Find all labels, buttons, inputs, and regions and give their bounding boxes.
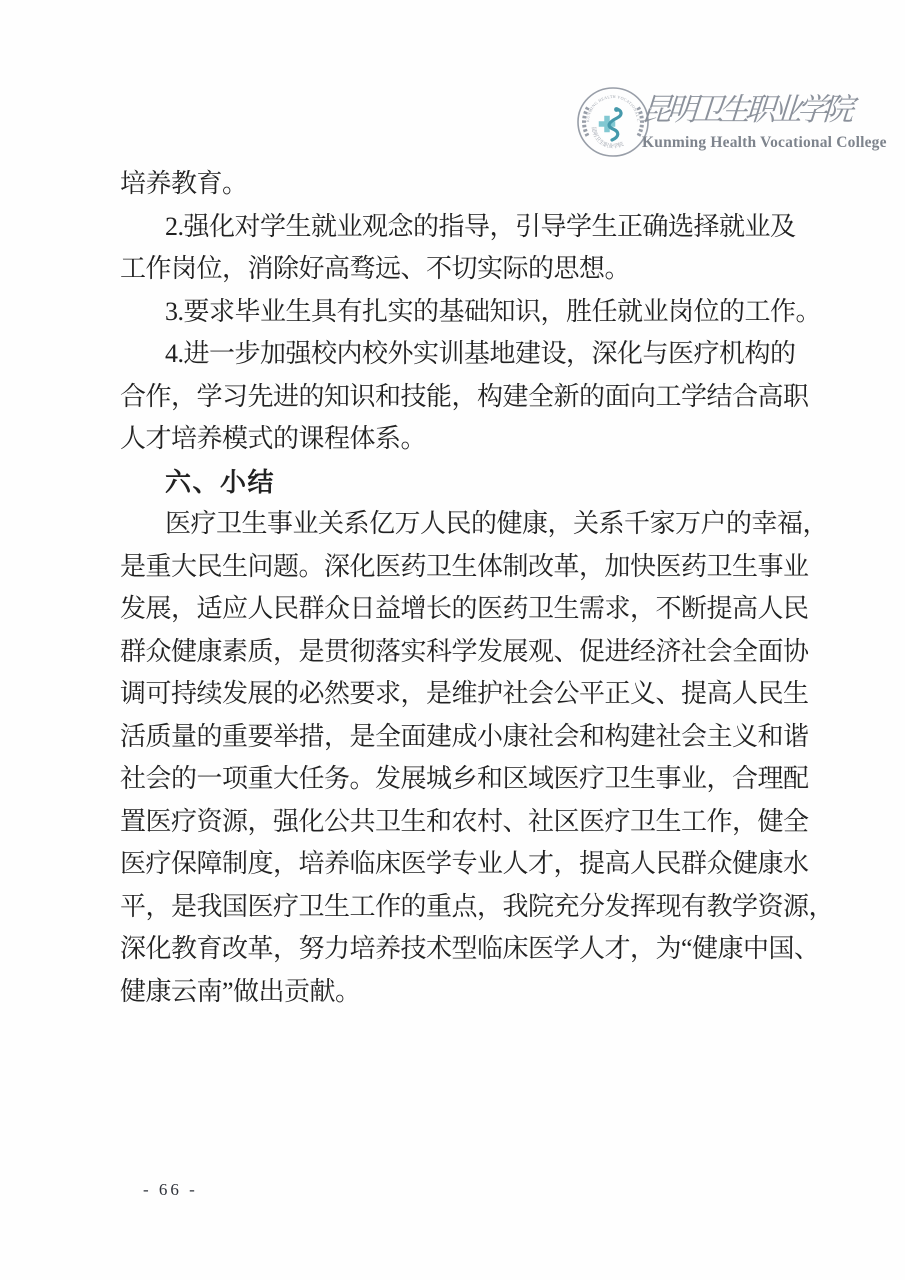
text-line: 是重大民生问题。深化医药卫生体制改革，加快医药卫生事业 xyxy=(120,546,820,589)
text-line: 医疗卫生事业关系亿万人民的健康，关系千家万户的幸福， xyxy=(120,503,820,546)
text-line: 调可持续发展的必然要求，是维护社会公平正义、提高人民生 xyxy=(120,673,820,716)
text-line: 3.要求毕业生具有扎实的基础知识，胜任就业岗位的工作。 xyxy=(120,291,820,334)
page-container: KUNMING HEALTH VOCATIONAL COLLEGE 昆明卫生职业… xyxy=(0,0,905,1280)
text-line: 4.进一步加强校内校外实训基地建设，深化与医疗机构的 xyxy=(120,333,820,376)
college-logo: KUNMING HEALTH VOCATIONAL COLLEGE 昆明卫生职业… xyxy=(575,84,855,162)
text-line: 发展，适应人民群众日益增长的医药卫生需求，不断提高人民 xyxy=(120,588,820,631)
snake-head xyxy=(614,107,619,112)
college-name-english: Kunming Health Vocational College xyxy=(642,134,887,152)
text-line: 合作，学习先进的知识和技能，构建全新的面向工学结合高职 xyxy=(120,376,820,419)
text-line: 人才培养模式的课程体系。 xyxy=(120,418,820,461)
text-line: 深化教育改革，努力培养技术型临床医学人才，为“健康中国、 xyxy=(120,928,820,971)
page-number: - 66 - xyxy=(143,1180,198,1200)
text-line: 培养教育。 xyxy=(120,163,820,206)
text-line: 置医疗资源，强化公共卫生和农村、社区医疗卫生工作，健全 xyxy=(120,801,820,844)
document-body: 培养教育。2.强化对学生就业观念的指导，引导学生正确选择就业及工作岗位，消除好高… xyxy=(120,163,820,1013)
text-line: 医疗保障制度，培养临床医学专业人才，提高人民群众健康水 xyxy=(120,843,820,886)
college-name-calligraphy: 昆明卫生职业学院 xyxy=(640,94,850,125)
text-line: 群众健康素质，是贯彻落实科学发展观、促进经济社会全面协 xyxy=(120,631,820,674)
section-heading: 六、小结 xyxy=(120,461,820,504)
text-line: 工作岗位，消除好高骛远、不切实际的思想。 xyxy=(120,248,820,291)
text-line: 2.强化对学生就业观念的指导，引导学生正确选择就业及 xyxy=(120,206,820,249)
text-line: 健康云南”做出贡献。 xyxy=(120,971,820,1014)
text-line: 平，是我国医疗卫生工作的重点，我院充分发挥现有教学资源， xyxy=(120,886,820,929)
text-line: 社会的一项重大任务。发展城乡和区域医疗卫生事业，合理配 xyxy=(120,758,820,801)
text-line: 活质量的重要举措，是全面建成小康社会和构建社会主义和谐 xyxy=(120,716,820,759)
